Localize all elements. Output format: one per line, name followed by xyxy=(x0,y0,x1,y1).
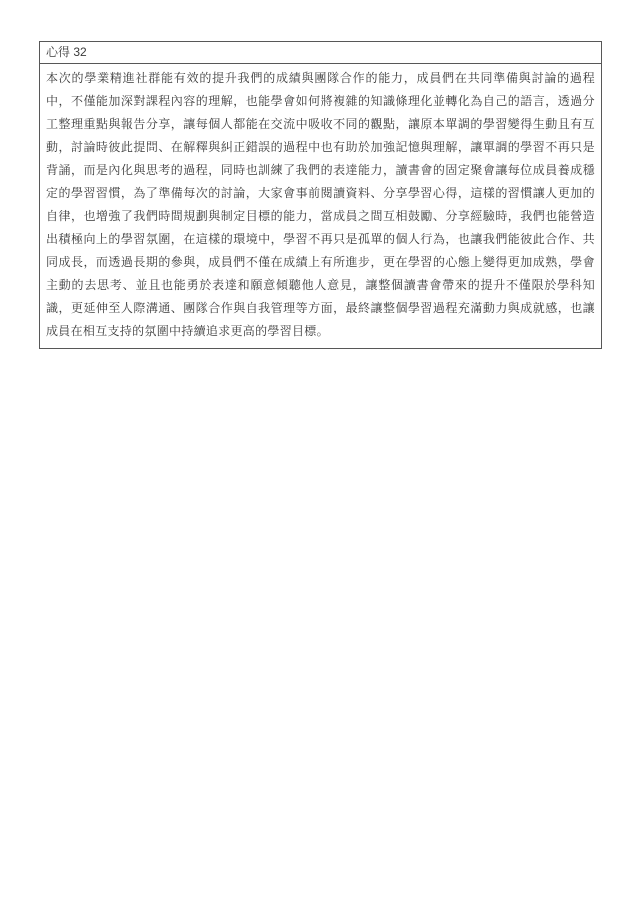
document-page: 心得 32 本次的學業精進社群能有效的提升我們的成績與團隊合作的能力，成員們在共… xyxy=(0,0,640,905)
table-body-cell: 本次的學業精進社群能有效的提升我們的成績與團隊合作的能力，成員們在共同準備與討論… xyxy=(40,64,602,349)
table-header-row: 心得 32 xyxy=(40,42,602,64)
reflection-table: 心得 32 本次的學業精進社群能有效的提升我們的成績與團隊合作的能力，成員們在共… xyxy=(39,41,602,349)
table-header-cell: 心得 32 xyxy=(40,42,602,64)
table-body-row: 本次的學業精進社群能有效的提升我們的成績與團隊合作的能力，成員們在共同準備與討論… xyxy=(40,64,602,349)
